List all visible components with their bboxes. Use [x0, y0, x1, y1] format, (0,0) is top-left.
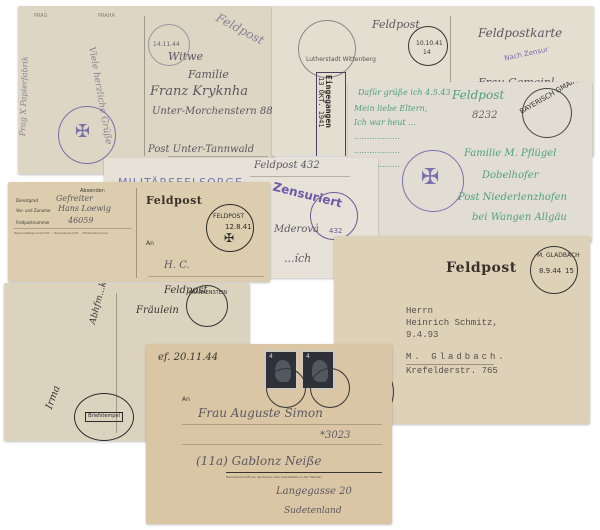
address-line-4: Unter-Morchenstern 88 — [152, 106, 273, 117]
header-handwriting: Feldpost — [452, 88, 504, 102]
sender-rank: Gefreiter — [56, 194, 93, 203]
purple-stamp: Nach Zensur — [504, 45, 549, 62]
address-line-4: M. Gladbach. — [406, 352, 507, 362]
caption-right: PRAHA — [98, 13, 115, 19]
prag-postcard: PRAG PRAHA Feldpost Witwe Familie Franz … — [18, 6, 274, 174]
green-ink-postcard: Dafür grüße ich 4.5.43 Mein liebe Eltern… — [348, 82, 592, 242]
address-line-2: Heinrich Schmitz, — [406, 318, 498, 328]
sender-name: Hans Loewig — [58, 204, 111, 213]
sender-note: Zweckmäßige Anschrift ... Heimatanschrif… — [14, 231, 108, 235]
header-handwriting: Feldpost — [214, 11, 267, 48]
address-line-1: Herrn — [406, 306, 433, 316]
envelope-title: Feldpost — [446, 260, 517, 276]
handwriting: Feldpost 432 — [254, 160, 320, 171]
feldpost-collection-photo: PRAG PRAHA Feldpost Witwe Familie Franz … — [0, 0, 600, 530]
postmark: 14.11.44 — [148, 24, 190, 66]
gladbach-postmark: M. GLADBACH 8.9.44 15 — [530, 246, 578, 294]
address-fragment-2: ...ích — [284, 252, 311, 265]
address-fragment: H. C. — [164, 260, 190, 271]
footer-print: Heimatanschrift (an die Person oder Dien… — [226, 475, 321, 479]
divider-line — [144, 16, 145, 156]
gablonz-envelope: ef. 20.11.44 4 4 An Frau Auguste Simon *… — [146, 344, 392, 524]
address-line-3: Franz Kryknha — [150, 84, 248, 99]
address-line-3: (11a) Gablonz Neiße — [196, 454, 322, 468]
address-line-5: Post Unter-Tannwald — [148, 144, 254, 155]
received-stamp: Eingegangen 13 OKT. 1941 — [316, 72, 346, 156]
address-line-1: Frau Auguste Simon — [198, 406, 323, 420]
to-label: An — [146, 240, 154, 247]
slogan-stamp-circle — [298, 20, 356, 78]
address-line-2: *3023 — [320, 430, 350, 441]
caption-left: PRAG — [34, 13, 48, 19]
number: 8232 — [472, 110, 497, 121]
stamp-box: Briefstempel — [85, 412, 123, 422]
salutation: Fräulein — [136, 305, 179, 316]
address-line-3: 9.4.93 — [406, 330, 438, 340]
sender-feldpostnummer: 46059 — [68, 216, 93, 225]
address-line-4: Langegasse 20 — [276, 486, 352, 497]
date-note: ef. 20.11.44 — [158, 352, 218, 363]
address-fragment-1: Mderová — [274, 224, 319, 235]
eagle-stamp: ✠ — [58, 106, 116, 164]
feldpost-postmark: FELDPOST 12.8.41 ✠ — [206, 204, 254, 252]
frankenstein-postmark: FRANKENSTEIN — [186, 285, 228, 327]
wittenberg-postmark: 10.10.41 14 — [408, 26, 448, 66]
address-line-2: Familie — [188, 68, 229, 81]
lazarett-stamp: Briefstempel — [74, 393, 134, 441]
address-line-3: Post Niederlenzhofen — [458, 192, 567, 203]
address-line-1: Familie M. Pflügel — [464, 148, 556, 159]
signature: Irma — [44, 384, 63, 410]
address-line-5: Krefelderstr. 765 — [406, 366, 498, 376]
cancellation-2 — [310, 368, 350, 408]
eagle-stamp: ✠ — [402, 150, 464, 212]
slogan-stamp: Lutherstadt Wittenberg — [306, 56, 376, 63]
address-line-2: Dobelhofer — [482, 170, 538, 181]
cancellation-1 — [266, 368, 306, 408]
left-handwriting: Abhfm...ka — [88, 283, 110, 326]
side-note: Prag X Papierfabrik — [18, 56, 30, 136]
card-title: Feldpost — [146, 194, 202, 207]
header-handwriting: Feldpostkarte — [478, 26, 562, 40]
address-line-5: Sudetenland — [284, 506, 342, 516]
feldpost-card-left: Absender: Dienstgrad Gefreiter Vor- und … — [8, 182, 270, 282]
address-line-4: bei Wangen Allgäu — [472, 212, 567, 223]
to-label: An — [182, 396, 190, 403]
